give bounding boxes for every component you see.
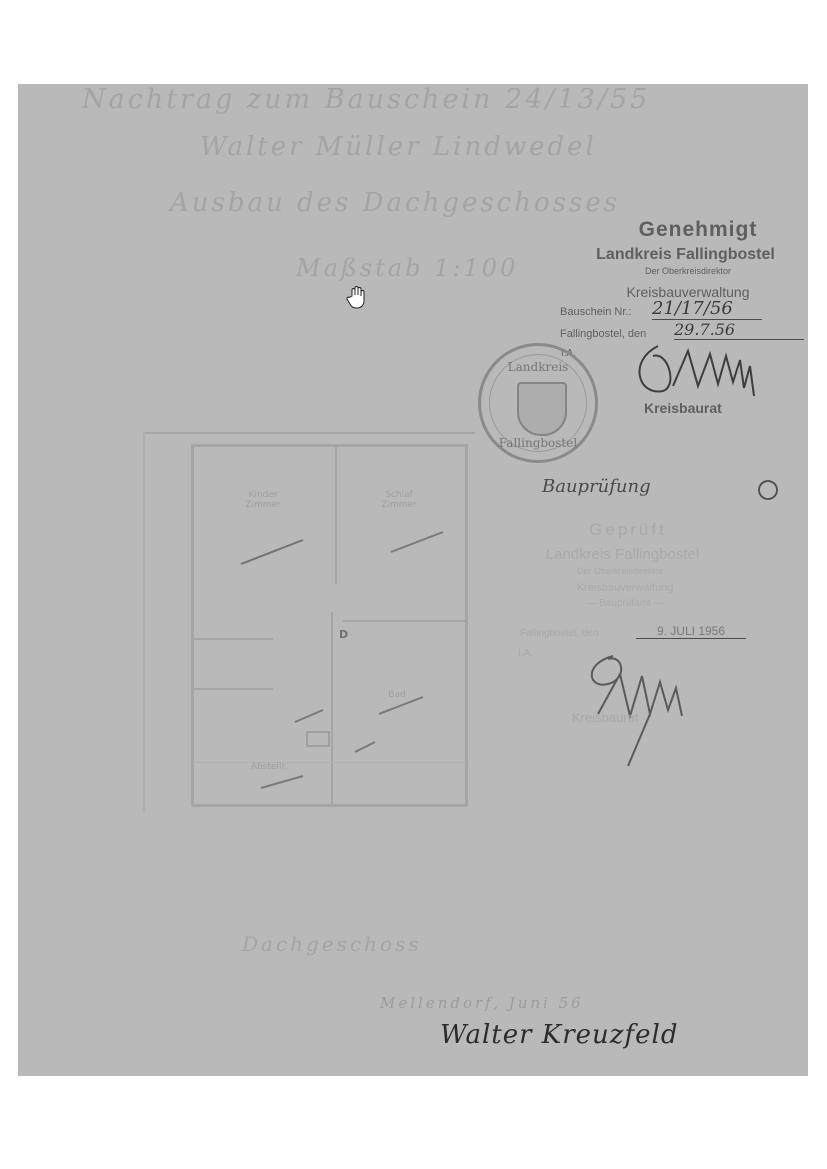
header-line-2: Walter Müller Lindwedel — [200, 132, 597, 162]
scanned-document-page[interactable]: Nachtrag zum Bauschein 24/13/55 Walter M… — [18, 84, 808, 1076]
architect-signature: Walter Kreuzfeld — [440, 1020, 678, 1050]
seal-top-text: Landkreis — [481, 360, 595, 374]
inspection-subtitle: Der Oberkreisdirektor — [545, 566, 695, 576]
inspection-title: Geprüft — [568, 520, 688, 540]
coat-of-arms-icon — [517, 382, 567, 436]
seal-bottom-text: Fallingbostel — [481, 436, 595, 450]
approval-subtitle: Der Oberkreisdirektor — [593, 266, 783, 276]
inspection-department: Kreisbauverwaltung — [545, 582, 705, 594]
room-pencil-marks-icon — [143, 432, 475, 812]
inspection-signature-title: Kreisbaurat — [572, 710, 638, 725]
footer-place-date: Mellendorf, Juni 56 — [380, 994, 584, 1012]
inspection-ia: I.A. — [518, 648, 533, 659]
inspection-handwritten-note: Bauprüfung — [542, 476, 651, 497]
inspection-place-label: Fallingbostel, den — [520, 628, 598, 639]
header-line-1: Nachtrag zum Bauschein 24/13/55 — [82, 84, 650, 115]
county-seal: Landkreis Fallingbostel — [478, 343, 598, 463]
inspection-flourish-icon — [754, 476, 784, 506]
approval-title: Genehmigt — [598, 218, 798, 242]
approval-authority: Landkreis Fallingbostel — [563, 246, 808, 264]
inspection-date: 9. JULI 1956 — [636, 624, 746, 639]
approval-signature-icon — [618, 336, 788, 406]
approval-signature-title: Kreisbaurat — [644, 400, 722, 416]
drawing-title: Dachgeschoss — [242, 932, 422, 956]
inspection-signature-icon — [568, 644, 748, 774]
inspection-authority: Landkreis Fallingbostel — [500, 546, 745, 563]
inspection-section: — Bauprüfamt — — [545, 598, 705, 609]
header-line-3: Ausbau des Dachgeschosses — [170, 188, 620, 218]
permit-number: 21/17/56 — [652, 298, 762, 320]
permit-number-label: Bauschein Nr.: — [560, 306, 632, 318]
floor-plan-drawing: KinderZimmer SchlafZimmer Bad Abstellr. … — [143, 432, 475, 812]
header-line-4: Maßstab 1:100 — [296, 254, 518, 282]
hand-grab-cursor-icon — [346, 284, 370, 310]
